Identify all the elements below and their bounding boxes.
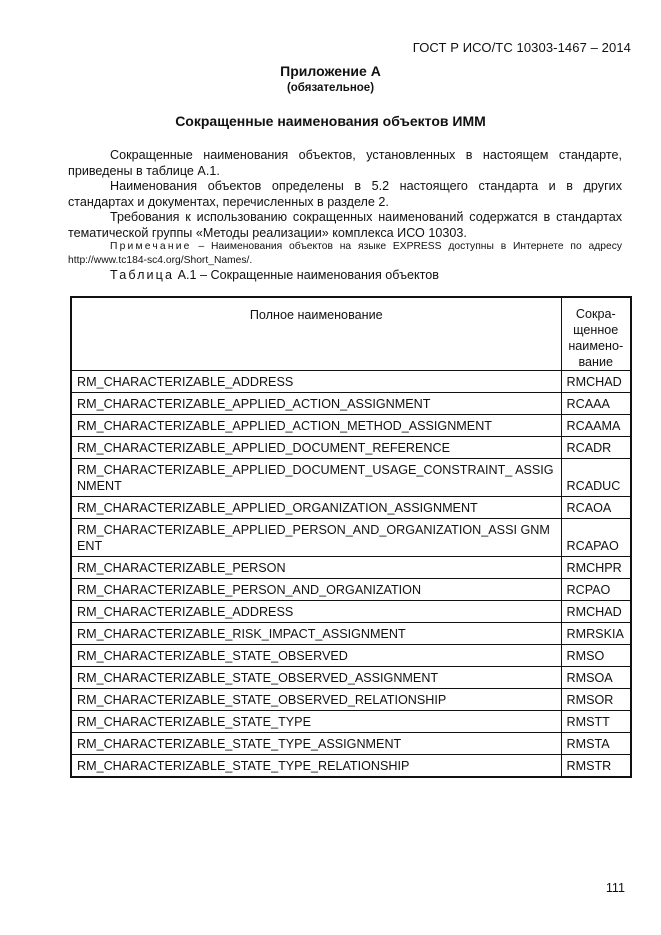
full-name-cell: RM_CHARACTERIZABLE_ADDRESS bbox=[71, 601, 561, 623]
note: Примечание – Наименования объектов на яз… bbox=[68, 240, 622, 267]
short-name-cell: RCAOA bbox=[561, 497, 631, 519]
short-name-cell: RMSTR bbox=[561, 755, 631, 778]
table-row: RM_CHARACTERIZABLE_RISK_IMPACT_ASSIGNMEN… bbox=[71, 623, 631, 645]
full-name-cell: RM_CHARACTERIZABLE_STATE_TYPE bbox=[71, 711, 561, 733]
section-title: Сокращенные наименования объектов ИММ bbox=[0, 113, 661, 129]
full-name-cell: RM_CHARACTERIZABLE_RISK_IMPACT_ASSIGNMEN… bbox=[71, 623, 561, 645]
paragraph-1: Сокращенные наименования объектов, устан… bbox=[68, 148, 622, 179]
short-name-cell: RCADR bbox=[561, 437, 631, 459]
full-name-cell: RM_CHARACTERIZABLE_APPLIED_PERSON_AND_OR… bbox=[71, 519, 561, 557]
table-row: RM_CHARACTERIZABLE_PERSONRMCHPR bbox=[71, 557, 631, 579]
table-row: RM_CHARACTERIZABLE_STATE_OBSERVED_RELATI… bbox=[71, 689, 631, 711]
table-row: RM_CHARACTERIZABLE_PERSON_AND_ORGANIZATI… bbox=[71, 579, 631, 601]
short-name-cell: RMRSKIA bbox=[561, 623, 631, 645]
table-row: RM_CHARACTERIZABLE_ADDRESSRMCHAD bbox=[71, 601, 631, 623]
table-row: RM_CHARACTERIZABLE_STATE_TYPE_ASSIGNMENT… bbox=[71, 733, 631, 755]
table-row: RM_CHARACTERIZABLE_APPLIED_ACTION_ASSIGN… bbox=[71, 393, 631, 415]
table-row: RM_CHARACTERIZABLE_APPLIED_ACTION_METHOD… bbox=[71, 415, 631, 437]
page-number: 111 bbox=[606, 881, 625, 895]
full-name-cell: RM_CHARACTERIZABLE_STATE_TYPE_RELATIONSH… bbox=[71, 755, 561, 778]
short-name-cell: RMSTT bbox=[561, 711, 631, 733]
full-name-cell: RM_CHARACTERIZABLE_STATE_OBSERVED_RELATI… bbox=[71, 689, 561, 711]
appendix-subtitle: (обязательное) bbox=[0, 82, 661, 94]
full-name-cell: RM_CHARACTERIZABLE_APPLIED_DOCUMENT_REFE… bbox=[71, 437, 561, 459]
short-name-cell: RCAAMA bbox=[561, 415, 631, 437]
table-row: RM_CHARACTERIZABLE_APPLIED_ORGANIZATION_… bbox=[71, 497, 631, 519]
table-caption-label: Таблица bbox=[110, 268, 174, 282]
header-short-name: Сокра-щенное наимено-вание bbox=[561, 297, 631, 371]
table-row: RM_CHARACTERIZABLE_STATE_OBSERVEDRMSO bbox=[71, 645, 631, 667]
table-header-row: Полное наименование Сокра-щенное наимено… bbox=[71, 297, 631, 371]
short-name-cell: RMSOA bbox=[561, 667, 631, 689]
short-name-cell: RMSTA bbox=[561, 733, 631, 755]
paragraph-3: Требования к использованию сокращенных н… bbox=[68, 210, 622, 241]
table-row: RM_CHARACTERIZABLE_APPLIED_DOCUMENT_REFE… bbox=[71, 437, 631, 459]
paragraph-2-text: Наименования объектов определены в 5.2 н… bbox=[68, 179, 622, 209]
full-name-cell: RM_CHARACTERIZABLE_STATE_OBSERVED_ASSIGN… bbox=[71, 667, 561, 689]
full-name-cell: RM_CHARACTERIZABLE_PERSON_AND_ORGANIZATI… bbox=[71, 579, 561, 601]
paragraph-1-text: Сокращенные наименования объектов, устан… bbox=[68, 148, 622, 178]
table-row: RM_CHARACTERIZABLE_ADDRESSRMCHAD bbox=[71, 371, 631, 393]
full-name-cell: RM_CHARACTERIZABLE_APPLIED_ACTION_METHOD… bbox=[71, 415, 561, 437]
short-name-cell: RCADUC bbox=[561, 459, 631, 497]
paragraph-3-text: Требования к использованию сокращенных н… bbox=[68, 210, 622, 240]
full-name-cell: RM_CHARACTERIZABLE_APPLIED_ORGANIZATION_… bbox=[71, 497, 561, 519]
full-name-cell: RM_CHARACTERIZABLE_APPLIED_ACTION_ASSIGN… bbox=[71, 393, 561, 415]
full-name-cell: RM_CHARACTERIZABLE_STATE_OBSERVED bbox=[71, 645, 561, 667]
short-name-cell: RMCHPR bbox=[561, 557, 631, 579]
short-name-cell: RMSOR bbox=[561, 689, 631, 711]
paragraph-2: Наименования объектов определены в 5.2 н… bbox=[68, 179, 622, 210]
header-full-name: Полное наименование bbox=[71, 297, 561, 371]
table-row: RM_CHARACTERIZABLE_STATE_TYPERMSTT bbox=[71, 711, 631, 733]
full-name-cell: RM_CHARACTERIZABLE_PERSON bbox=[71, 557, 561, 579]
table-row: RM_CHARACTERIZABLE_STATE_OBSERVED_ASSIGN… bbox=[71, 667, 631, 689]
short-name-cell: RCPAO bbox=[561, 579, 631, 601]
appendix-title: Приложение А bbox=[0, 63, 661, 79]
short-name-cell: RCAPAO bbox=[561, 519, 631, 557]
full-name-cell: RM_CHARACTERIZABLE_ADDRESS bbox=[71, 371, 561, 393]
document-code: ГОСТ Р ИСО/ТС 10303-1467 – 2014 bbox=[413, 40, 631, 55]
full-name-cell: RM_CHARACTERIZABLE_STATE_TYPE_ASSIGNMENT bbox=[71, 733, 561, 755]
short-name-cell: RMCHAD bbox=[561, 371, 631, 393]
table-row: RM_CHARACTERIZABLE_APPLIED_DOCUMENT_USAG… bbox=[71, 459, 631, 497]
table-caption: Таблица А.1 – Сокращенные наименования о… bbox=[110, 268, 439, 282]
short-names-table: Полное наименование Сокра-щенное наимено… bbox=[70, 296, 632, 778]
full-name-cell: RM_CHARACTERIZABLE_APPLIED_DOCUMENT_USAG… bbox=[71, 459, 561, 497]
short-name-cell: RMCHAD bbox=[561, 601, 631, 623]
table-caption-text: А.1 – Сокращенные наименования объектов bbox=[174, 268, 439, 282]
short-name-cell: RCAAA bbox=[561, 393, 631, 415]
short-name-cell: RMSO bbox=[561, 645, 631, 667]
note-label: Примечание bbox=[110, 241, 192, 252]
table-row: RM_CHARACTERIZABLE_STATE_TYPE_RELATIONSH… bbox=[71, 755, 631, 778]
table-row: RM_CHARACTERIZABLE_APPLIED_PERSON_AND_OR… bbox=[71, 519, 631, 557]
